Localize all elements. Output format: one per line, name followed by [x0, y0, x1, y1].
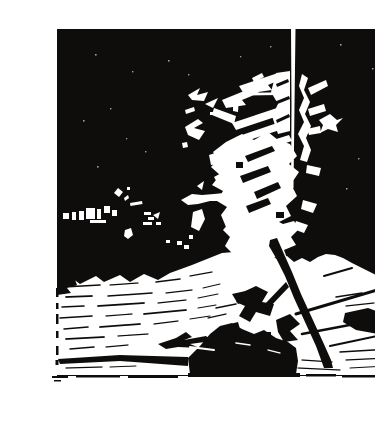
print-canvas	[40, 16, 375, 408]
woodcut-print	[40, 16, 375, 408]
